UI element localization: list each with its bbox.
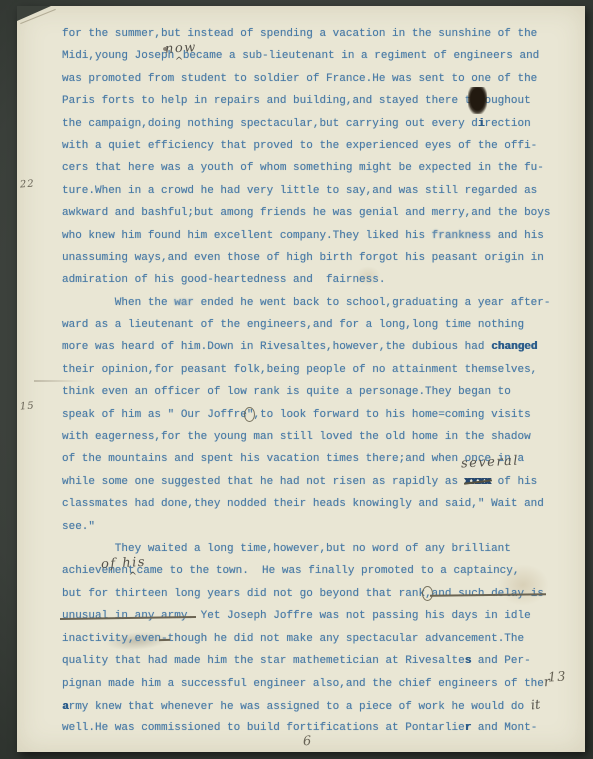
typed-text: awkward and bashful;but among friends he… [62, 207, 550, 219]
typed-text: They waited a long time,however,but no w… [62, 543, 511, 555]
scribbled-out-text: xxxxseveral [465, 471, 491, 493]
insertion-point: of his^ [135, 571, 137, 573]
typed-text: Midi,young Joseph [62, 50, 181, 62]
text-line: pignan made him a successful engineer al… [62, 672, 567, 694]
insertion-point: now^ [181, 56, 183, 58]
text-line: who knew him found him excellent company… [62, 225, 567, 247]
typed-text: Paris forts to help in repairs and build… [62, 95, 471, 107]
typed-text: more was heard of him.Down in Rivesaltes… [62, 341, 491, 353]
handwritten-text: it [529, 694, 541, 717]
text-line: while some one suggested that he had not… [62, 471, 567, 493]
typed-text: though he did not make any spectacular a… [168, 633, 524, 645]
typed-text: When the [62, 297, 174, 309]
handwritten-insertion: now [165, 42, 197, 57]
typed-text: ended he went back to school,graduating … [194, 297, 550, 309]
text-line: was promoted from student to soldier of … [62, 68, 567, 90]
margin-note-22: 22 [20, 179, 35, 190]
text-line: see." [62, 516, 567, 538]
margin-note-15: 15 [20, 401, 35, 412]
handwritten-insertion: of his [100, 556, 146, 571]
text-line: awkward and bashful;but among friends he… [62, 202, 567, 224]
typed-text: with a quiet efficiency that proved to t… [62, 140, 537, 152]
text-line: Midi,young Joseph now^became a sub-lieut… [62, 45, 567, 67]
text-line: but for thirteen long years did not go b… [62, 583, 567, 605]
typed-text: think even an officer of low rank is qui… [62, 386, 511, 398]
text-line: their opinion,for peasant folk,being peo… [62, 359, 567, 381]
typed-text: who knew him found him excellent company… [62, 230, 432, 242]
typed-text: rection [484, 118, 530, 130]
typed-text: while some one suggested that he had not… [62, 476, 465, 488]
typed-text: rmy knew that whenever he was assigned t… [69, 701, 531, 713]
typed-text: of the mountains and spent his vacation … [62, 453, 524, 465]
typed-text: but for thirteen long years did not go b… [62, 588, 425, 600]
struck-text: - [161, 628, 168, 650]
typed-text: cers that here was a youth of whom somet… [62, 162, 544, 174]
typed-text: pignan made him a successful engineer al… [62, 678, 544, 690]
overtyped-text: a [62, 701, 69, 713]
handwritten-insertion: several [460, 454, 519, 470]
text-line: with a quiet efficiency that proved to t… [62, 135, 567, 157]
overtyped-text: changed [491, 341, 537, 353]
struck-text: unusual in any army. [62, 605, 194, 627]
text-line: ward as a lieutenant of the engineers,an… [62, 314, 567, 336]
text-line: ture.When in a crowd he had very little … [62, 180, 567, 202]
typed-text: of his [491, 476, 537, 488]
typed-text: was promoted from student to soldier of … [62, 73, 537, 85]
typed-text: unassuming ways,and even those of high b… [62, 252, 544, 264]
typed-text: Yet Joseph Joffre was not passing his da… [194, 610, 531, 622]
struck-text: and such delay is [432, 583, 544, 605]
typed-text: classmates had done,they nodded their he… [62, 498, 544, 510]
text-line: well.He was commissioned to build fortif… [62, 717, 567, 739]
text-line: inactivity,even-though he did not make a… [62, 628, 567, 650]
text-line: unassuming ways,and even those of high b… [62, 247, 567, 269]
text-line: achievementof his^came to the town. He w… [62, 560, 567, 582]
typed-text: oughout [484, 95, 530, 107]
typed-text: quality that had made him the star mathe… [62, 655, 465, 667]
smudged-text: war [174, 297, 194, 309]
text-line: classmates had done,they nodded their he… [62, 493, 567, 515]
typed-text: well.He was commissioned to build fortif… [62, 722, 465, 734]
margin-flourish: 13 [548, 670, 567, 684]
typed-text: and Per- [471, 655, 530, 667]
text-line: cers that here was a youth of whom somet… [62, 157, 567, 179]
typed-text: the campaign,doing nothing spectacular,b… [62, 118, 478, 130]
typed-text: speak of him as " Our Joffre [62, 409, 247, 421]
text-line: more was heard of him.Down in Rivesaltes… [62, 336, 567, 358]
typed-text-layer: for the summer,but instead of spending a… [62, 23, 567, 740]
text-line: When the war ended he went back to schoo… [62, 292, 567, 314]
typed-text: ,to look forward to his home=coming visi… [253, 409, 530, 421]
typed-text: ward as a lieutenant of the engineers,an… [62, 319, 524, 331]
circled-mark: " [247, 404, 254, 426]
typed-text: became a sub-lieutenant in a regiment of… [183, 50, 539, 62]
caret-mark: ^ [175, 57, 183, 67]
text-line: admiration of his good-heartedness and f… [62, 269, 567, 291]
photographed-manuscript: for the summer,but instead of spending a… [0, 0, 593, 759]
typed-text: and Mont- [471, 722, 537, 734]
page-number-note: 6 [303, 735, 313, 749]
typed-text: with eagerness,for the young man still l… [62, 431, 531, 443]
caret-mark: ^ [129, 572, 137, 582]
typed-text: and his [491, 230, 544, 242]
text-line: speak of him as " Our Joffre",to look fo… [62, 404, 567, 426]
text-line: think even an officer of low rank is qui… [62, 381, 567, 403]
ink-blot-text: hr [471, 90, 484, 112]
typed-text: their opinion,for peasant folk,being peo… [62, 364, 537, 376]
typed-text: admiration of his good-heartedness and f… [62, 274, 385, 286]
text-line: with eagerness,for the young man still l… [62, 426, 567, 448]
typed-text: see." [62, 521, 95, 533]
smudged-text: frankness [432, 230, 491, 242]
typed-text: came to the town. He was finally promote… [137, 565, 520, 577]
text-line: for the summer,but instead of spending a… [62, 23, 567, 45]
text-line: quality that had made him the star mathe… [62, 650, 567, 672]
typed-text: for the summer,but instead of spending a… [62, 28, 537, 40]
manuscript-paper: for the summer,but instead of spending a… [17, 6, 585, 752]
text-line: Paris forts to help in repairs and build… [62, 90, 567, 112]
text-line: unusual in any army. Yet Joseph Joffre w… [62, 605, 567, 627]
text-line: the campaign,doing nothing spectacular,b… [62, 113, 567, 135]
typed-text: ture.When in a crowd he had very little … [62, 185, 537, 197]
typed-text: inactivity,even [62, 633, 161, 645]
text-line: army knew that whenever he was assigned … [62, 695, 567, 717]
